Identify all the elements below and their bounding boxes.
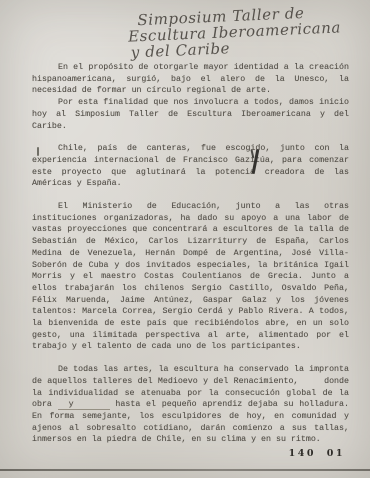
fill-in-blank: y — [58, 400, 110, 410]
erased-word-gap — [304, 382, 319, 383]
paragraph-finalidad: Por esta finalidad que nos involucra a t… — [32, 97, 349, 132]
paragraph-chile: Chile, país de canteras, fue escogido, j… — [32, 143, 349, 190]
page-number-stamp: 140 01 — [289, 448, 345, 459]
paragraph-intro: En el propósito de otorgarle mayor ident… — [32, 62, 349, 97]
margin-tick-mark — [37, 147, 39, 156]
scanned-document-page: Simposium Taller de Escultura Iberoameri… — [0, 0, 370, 478]
typewritten-text-block: En el propósito de otorgarle mayor ident… — [32, 62, 349, 446]
scan-edge-artifact — [0, 469, 370, 471]
handwritten-title: Simposium Taller de Escultura Iberoameri… — [127, 3, 342, 60]
paragraph-ministerio: El Ministerio de Educación, junto a las … — [32, 201, 349, 353]
paragraph-de-todas-las-artes: De todas las artes, la escultura ha cons… — [32, 364, 349, 446]
paragraph-5-segment-1: De todas las artes, la escultura ha cons… — [32, 365, 349, 386]
blank-fill-text: y — [58, 400, 74, 409]
